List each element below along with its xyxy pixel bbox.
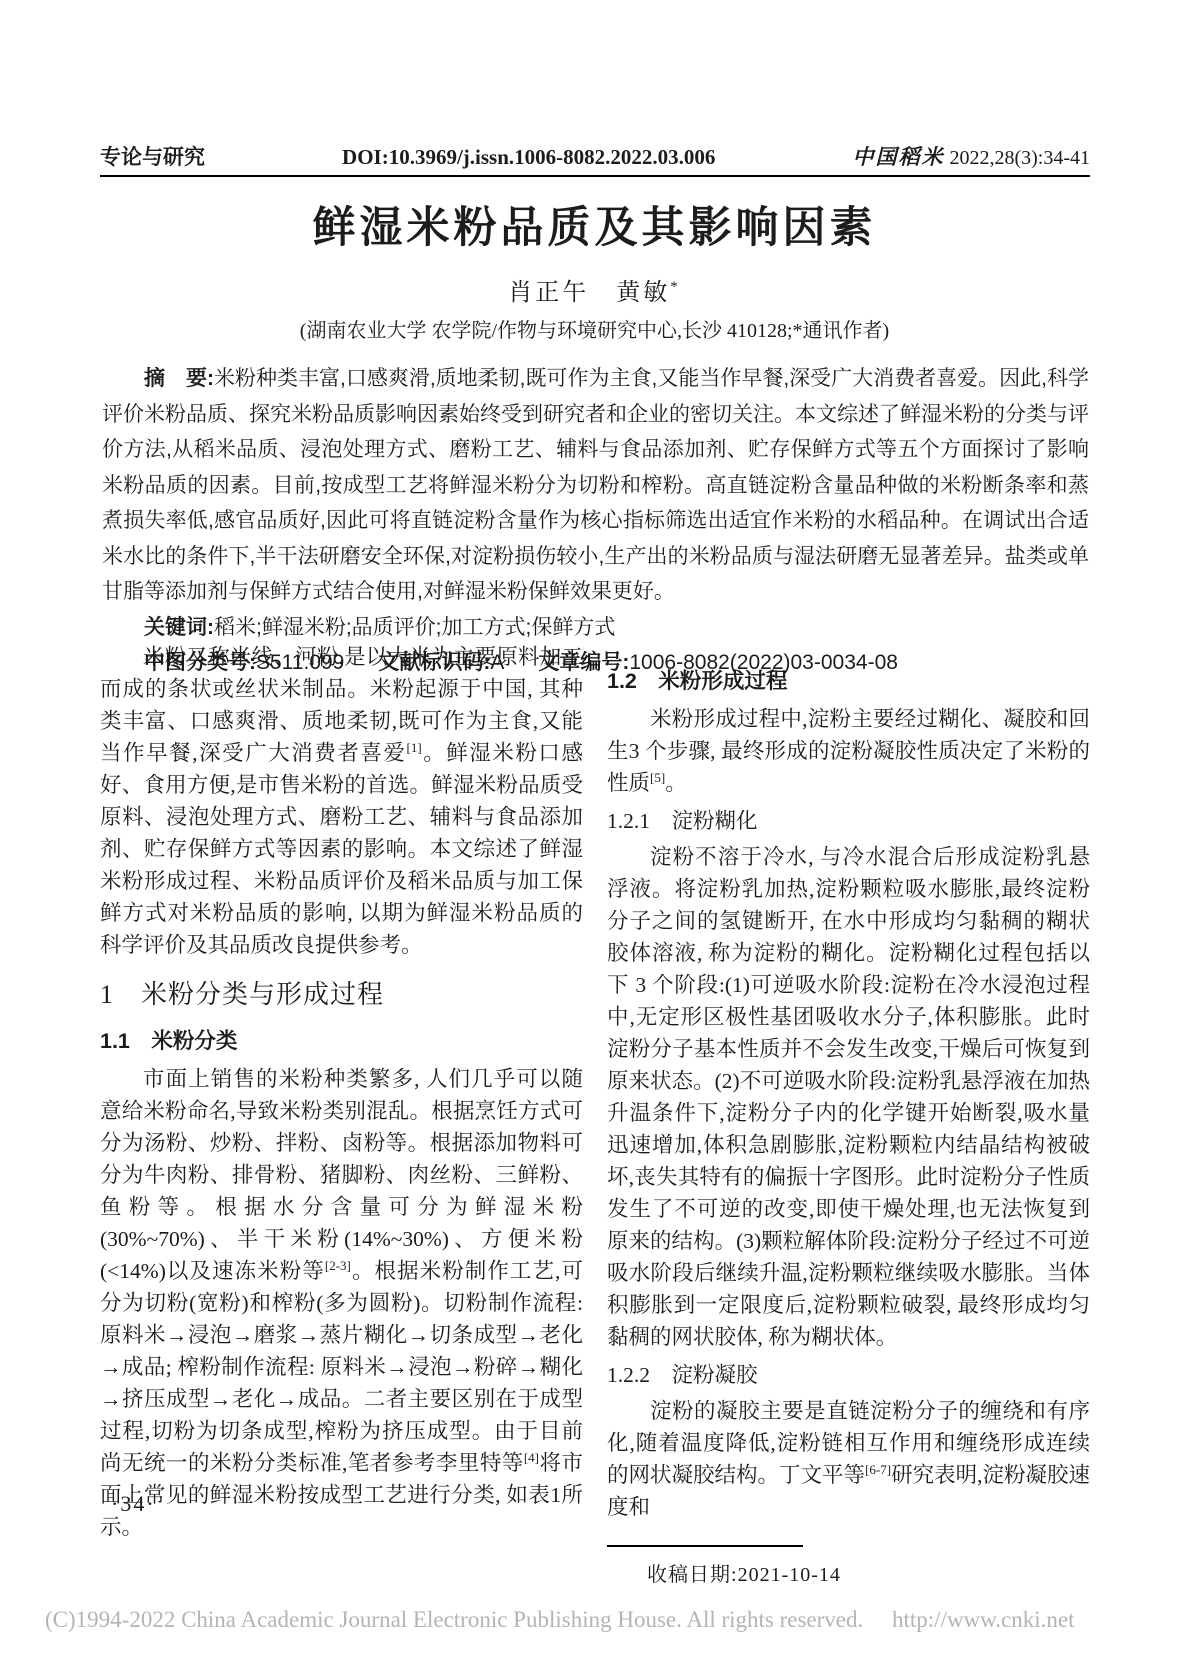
footnote-divider [607,1545,803,1547]
journal-issue: 2022,28(3):34-41 [944,147,1090,169]
left-column: 米粉又称米线、河粉,是以大米为主要原料加工而成的条状或丝状米制品。米粉起源于中国… [100,641,583,1591]
copyright-footer: (C)1994-2022 China Academic Journal Elec… [45,1601,1145,1634]
section-1-2-heading: 1.2 米粉形成过程 [607,665,1090,697]
intro-paragraph: 米粉又称米线、河粉,是以大米为主要原料加工而成的条状或丝状米制品。米粉起源于中国… [100,641,583,961]
received-label: 收稿日期: [647,1564,738,1586]
section-1-2-2-heading: 1.2.2 淀粉凝胶 [607,1359,1090,1391]
doi-text: DOI:10.3969/j.issn.1006-8082.2022.03.006 [205,145,852,170]
abstract-paragraph: 摘 要:米粉种类丰富,口感爽滑,质地柔韧,既可作为主食,又能当作早餐,深受广大消… [102,361,1089,610]
abstract-text: 米粉种类丰富,口感爽滑,质地柔韧,既可作为主食,又能当作早餐,深受广大消费者喜爱… [102,367,1089,603]
received-footnote: 收稿日期:2021-10-14 [607,1545,1090,1591]
authors-line: 肖正午 黄敏* [0,272,1189,307]
body-columns: 米粉又称米线、河粉,是以大米为主要原料加工而成的条状或丝状米制品。米粉起源于中国… [100,641,1090,1591]
corresponding-author-mark: * [670,279,681,295]
paper-page: 专论与研究 DOI:10.3969/j.issn.1006-8082.2022.… [0,0,1189,1678]
journal-header: 专论与研究 DOI:10.3969/j.issn.1006-8082.2022.… [100,141,1090,171]
section-1-2-1-paragraph: 淀粉不溶于冷水, 与冷水混合后形成淀粉乳悬浮液。将淀粉乳加热,淀粉颗粒吸水膨胀,… [607,841,1090,1353]
journal-name: 中国稻米 [852,145,944,169]
section-1-heading: 1 米粉分类与形成过程 [100,979,583,1011]
section-1-2-1-heading: 1.2.1 淀粉糊化 [607,805,1090,837]
page-number: ·34· [111,1491,156,1517]
keywords-label: 关键词: [144,616,214,639]
abstract-block: 摘 要:米粉种类丰富,口感爽滑,质地柔韧,既可作为主食,又能当作早餐,深受广大消… [102,361,1089,681]
keywords-text: 稻米;鲜湿米粉;品质评价;加工方式;保鲜方式 [214,616,615,639]
article-title: 鲜湿米粉品质及其影响因素 [0,194,1189,255]
header-divider [100,175,1090,177]
received-date: 2021-10-14 [738,1564,841,1586]
section-1-2-paragraph: 米粉形成过程中,淀粉主要经过糊化、凝胶和回生3 个步骤, 最终形成的淀粉凝胶性质… [607,703,1090,799]
affiliation-line: (湖南农业大学 农学院/作物与环境研究中心,长沙 410128;*通讯作者) [0,314,1189,343]
received-date-line: 收稿日期:2021-10-14 [607,1559,1090,1591]
section-1-1-heading: 1.1 米粉分类 [100,1025,583,1057]
journal-citation: 中国稻米 2022,28(3):34-41 [852,141,1090,171]
keywords-paragraph: 关键词:稻米;鲜湿米粉;品质评价;加工方式;保鲜方式 [102,610,1089,646]
author-names: 肖正午 黄敏 [508,280,670,306]
column-section-label: 专论与研究 [100,141,205,171]
section-1-2-2-paragraph: 淀粉的凝胶主要是直链淀粉分子的缠绕和有序化,随着温度降低,淀粉链相互作用和缠绕形… [607,1395,1090,1523]
abstract-label: 摘 要: [144,367,214,390]
section-1-1-paragraph: 市面上销售的米粉种类繁多, 人们几乎可以随意给米粉命名,导致米粉类别混乱。根据烹… [100,1063,583,1543]
right-column: 1.2 米粉形成过程 米粉形成过程中,淀粉主要经过糊化、凝胶和回生3 个步骤, … [607,641,1090,1591]
